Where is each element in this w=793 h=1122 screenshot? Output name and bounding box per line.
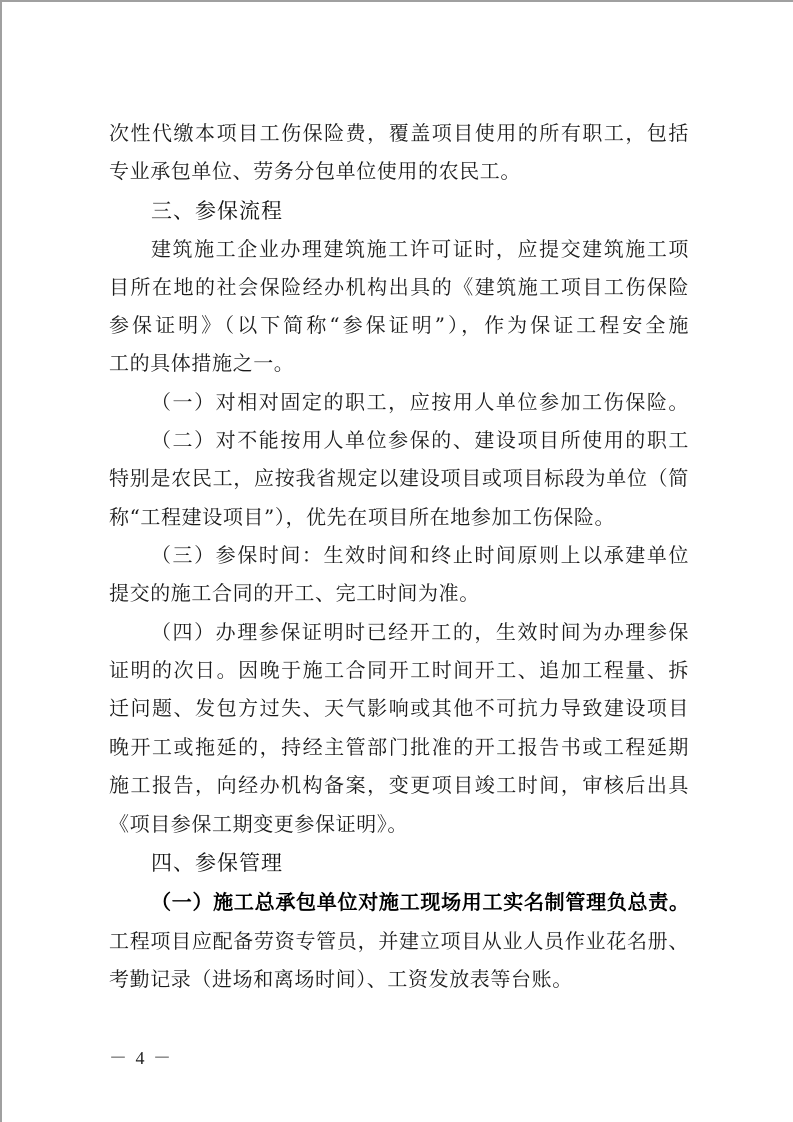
body-line: 次性代缴本项目工伤保险费，覆盖项目使用的所有职工，包括 (109, 114, 689, 152)
bold-subheading: （一）施工总承包单位对施工现场用工实名制管理负总责。 (151, 883, 689, 921)
body-line: 晚开工或拖延的，持经主管部门批准的开工报告书或工程延期 (109, 728, 689, 766)
body-line: 证明的次日。因晚于施工合同开工时间开工、追加工程量、拆 (109, 651, 689, 689)
body-line: 工程项目应配备劳资专管员，并建立项目从业人员作业花名册、 (109, 922, 689, 960)
document-page: 次性代缴本项目工伤保险费，覆盖项目使用的所有职工，包括 专业承包单位、劳务分包单… (2, 2, 793, 1122)
body-line: 称“工程建设项目”），优先在项目所在地参加工伤保险。 (109, 498, 689, 536)
list-item-1: （一）对相对固定的职工，应按用人单位参加工伤保险。 (151, 383, 689, 421)
list-item-2: （二）对不能按用人单位参保的、建设项目所使用的职工 (151, 421, 689, 459)
body-line: 工的具体措施之一。 (109, 344, 689, 382)
body-line: 特别是农民工，应按我省规定以建设项目或项目标段为单位（简 (109, 459, 689, 497)
list-item-4: （四）办理参保证明时已经开工的，生效时间为办理参保 (151, 613, 689, 651)
section-heading-4: 四、参保管理 (151, 844, 283, 882)
body-line: 《项目参保工期变更参保证明》。 (109, 805, 689, 843)
list-item-3: （三）参保时间：生效时间和终止时间原则上以承建单位 (151, 536, 689, 574)
section-heading-3: 三、参保流程 (151, 192, 283, 230)
page-number: － 4 － (109, 1044, 173, 1070)
body-line: 提交的施工合同的开工、完工时间为准。 (109, 574, 689, 612)
body-line: 专业承包单位、劳务分包单位使用的农民工。 (109, 152, 689, 190)
body-line: 目所在地的社会保险经办机构出具的《建筑施工项目工伤保险 (109, 268, 689, 306)
body-line: 施工报告，向经办机构备案，变更项目竣工时间，审核后出具 (109, 766, 689, 804)
body-line: 考勤记录（进场和离场时间）、工资发放表等台账。 (109, 960, 689, 998)
body-line: 建筑施工企业办理建筑施工许可证时，应提交建筑施工项 (151, 230, 689, 268)
body-line: 迁问题、发包方过失、天气影响或其他不可抗力导致建设项目 (109, 689, 689, 727)
body-line: 参保证明》（以下简称“参保证明”），作为保证工程安全施 (109, 306, 689, 344)
